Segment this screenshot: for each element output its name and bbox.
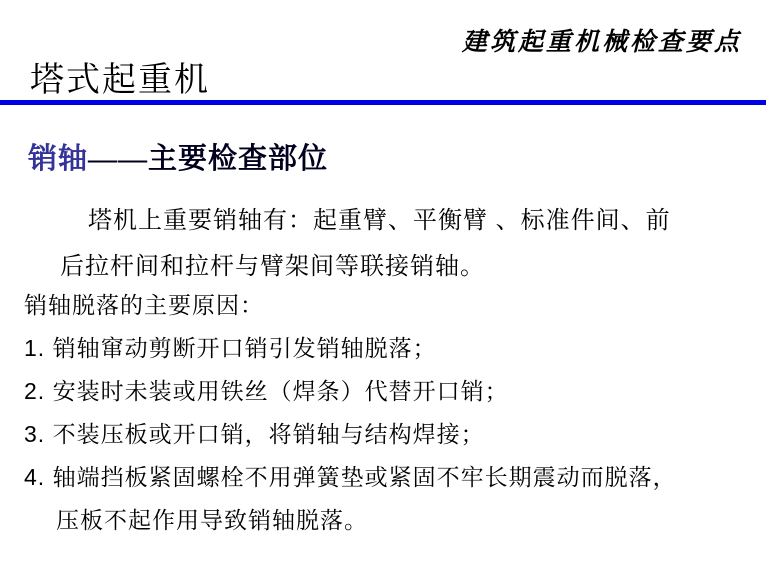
- divider-rule: [0, 100, 766, 105]
- causes-list: 销轴脱落的主要原因： 1. 销轴窜动剪断开口销引发销轴脱落； 2. 安装时未装或…: [24, 284, 766, 542]
- intro-paragraph: 塔机上重要销轴有：起重臂、平衡臂 、标准件间、前 后拉杆间和拉杆与臂架间等联接销…: [60, 198, 766, 290]
- list-item: 1. 销轴窜动剪断开口销引发销轴脱落；: [24, 327, 766, 370]
- list-item: 3. 不装压板或开口销，将销轴与结构焊接；: [24, 413, 766, 456]
- list-item: 4. 轴端挡板紧固螺栓不用弹簧垫或紧固不牢长期震动而脱落，: [24, 456, 766, 499]
- section-heading-keyword: 销轴: [28, 143, 88, 175]
- presentation-slide: 建筑起重机械检查要点 塔式起重机 销轴——主要检查部位 塔机上重要销轴有：起重臂…: [0, 0, 766, 567]
- deck-title: 建筑起重机械检查要点: [462, 22, 742, 58]
- page-title: 塔式起重机: [30, 52, 210, 101]
- causes-title: 销轴脱落的主要原因：: [24, 284, 766, 327]
- list-item-continuation: 压板不起作用导致销轴脱落。: [24, 499, 766, 542]
- section-heading-dash: ——: [88, 143, 148, 175]
- section-heading-rest: 主要检查部位: [148, 143, 328, 175]
- list-item: 2. 安装时未装或用铁丝（焊条）代替开口销；: [24, 370, 766, 413]
- section-heading: 销轴——主要检查部位: [28, 136, 328, 177]
- intro-line-1: 塔机上重要销轴有：起重臂、平衡臂 、标准件间、前: [60, 198, 766, 244]
